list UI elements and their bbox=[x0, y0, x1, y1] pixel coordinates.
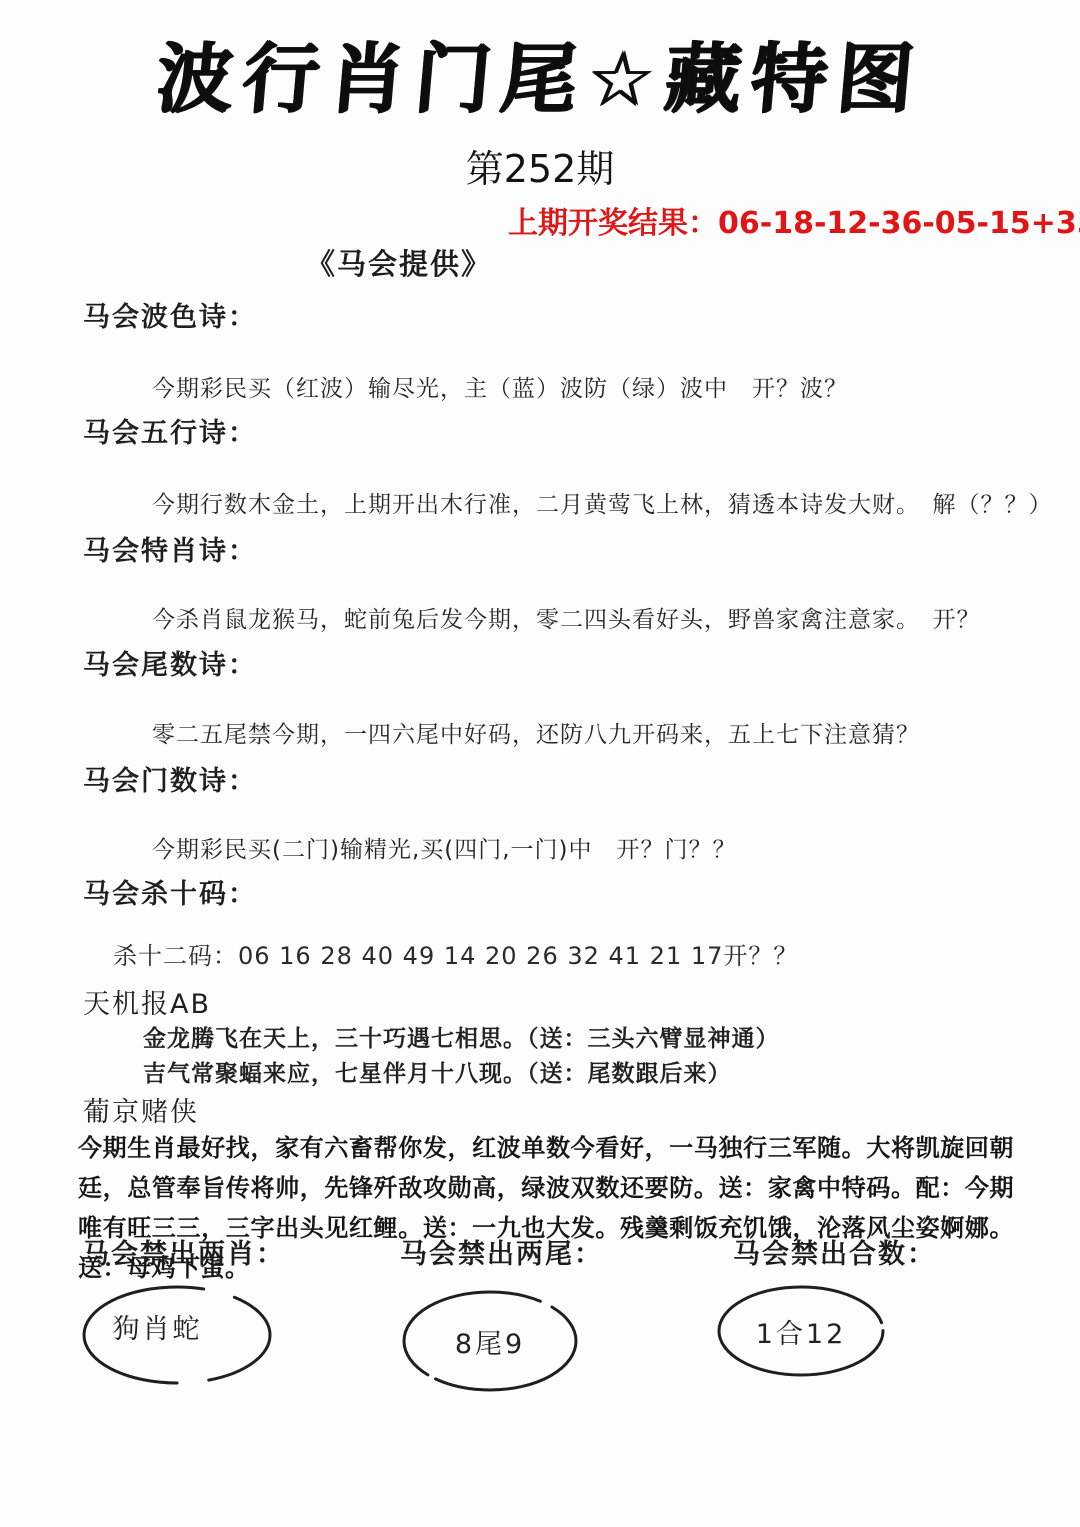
tianji-line2: 吉气常聚蝠来应，七星伴月十八现。（送：尾数跟后来） bbox=[143, 1055, 732, 1088]
forbid-two-tail-oval: 8尾9 bbox=[400, 1288, 580, 1394]
section-texiao-label: 马会特肖诗： bbox=[83, 529, 257, 568]
forbid-sum-value: 1合12 bbox=[715, 1283, 887, 1379]
section-wuxing-label: 马会五行诗： bbox=[83, 411, 257, 450]
section-bose-poem: 今期彩民买（红波）输尽光，主（蓝）波防（绿）波中 开？波？ bbox=[152, 370, 848, 403]
forbid-two-tail-label: 马会禁出两尾： bbox=[400, 1232, 603, 1271]
pujing-label: 葡京赌侠 bbox=[83, 1090, 199, 1129]
document-page: 波行肖门尾☆藏特图 第252期 上期开奖结果：06-18-12-36-05-15… bbox=[0, 0, 1080, 1527]
section-menshu-label: 马会门数诗： bbox=[83, 759, 257, 798]
section-shashima-codes: 杀十二码：06 16 28 40 49 14 20 26 32 41 21 17… bbox=[113, 936, 798, 971]
section-weishu-poem: 零二五尾禁今期，一四六尾中好码，还防八九开码来，五上七下注意猜？ bbox=[152, 716, 920, 749]
section-bose-label: 马会波色诗： bbox=[83, 295, 257, 334]
tianji-line1: 金龙腾飞在天上，三十巧遇七相思。（送：三头六臂显神通） bbox=[143, 1020, 780, 1053]
section-menshu-poem: 今期彩民买(二门)输精光,买(四门,一门)中 开？门？？ bbox=[152, 831, 737, 864]
section-weishu-label: 马会尾数诗： bbox=[83, 643, 257, 682]
last-draw-result: 上期开奖结果：06-18-12-36-05-15+35 bbox=[508, 198, 1080, 242]
section-texiao-poem: 今杀肖鼠龙猴马，蛇前兔后发今期，零二四头看好头，野兽家禽注意家。 开？ bbox=[152, 601, 981, 634]
forbid-two-tail-value: 8尾9 bbox=[400, 1288, 580, 1394]
section-shashima-label: 马会杀十码： bbox=[83, 872, 257, 911]
provider-note: 《马会提供》 bbox=[306, 242, 492, 283]
forbid-sum-oval: 1合12 bbox=[715, 1283, 887, 1379]
tianji-label: 天机报AB bbox=[83, 982, 211, 1021]
issue-number: 第252期 bbox=[390, 138, 690, 193]
forbid-sum-label: 马会禁出合数： bbox=[733, 1232, 936, 1271]
section-wuxing-poem: 今期行数木金土，上期开出木行准，二月黄莺飞上林，猜透本诗发大财。 解（？？） bbox=[152, 486, 1053, 519]
forbid-two-zodiac-label: 马会禁出两肖： bbox=[82, 1232, 285, 1271]
page-title: 波行肖门尾☆藏特图 bbox=[115, 18, 965, 127]
forbid-two-zodiac-oval: 狗肖蛇 bbox=[80, 1283, 275, 1387]
forbid-two-zodiac-value: 狗肖蛇 bbox=[80, 1283, 275, 1387]
